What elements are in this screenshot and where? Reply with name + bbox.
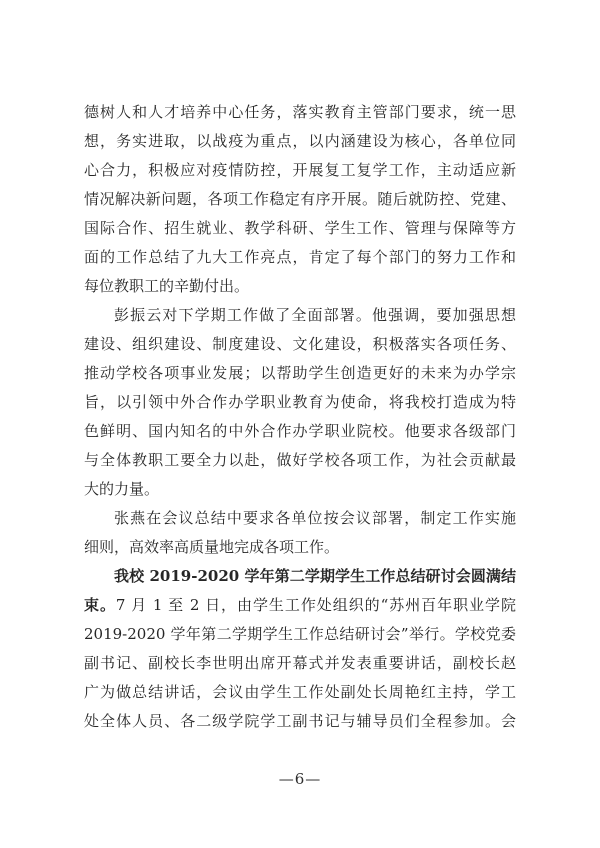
text-segment: 与全体教职工要全力以赴，做好学校各项工作，为社会贡献最 <box>84 451 516 469</box>
text-line: 束。7 月 1 至 2 日，由学生工作处组织的“苏州百年职业学院 <box>84 591 516 620</box>
text-segment: 国际合作、招生就业、教学科研、学生工作、管理与保障等方 <box>84 219 516 237</box>
text-line: 张燕在会议总结中要求各单位按会议部署，制定工作实施 <box>84 504 516 533</box>
text-line: 推动学校各项事业发展；以帮助学生创造更好的未来为办学宗 <box>84 359 516 388</box>
text-segment: 德树人和人才培养中心任务，落实教育主管部门要求，统一思 <box>84 103 516 121</box>
text-line: 旨，以引领中外合作办学职业教育为使命，将我校打造成为特 <box>84 388 516 417</box>
text-line: 面的工作总结了九大工作亮点，肯定了每个部门的努力工作和 <box>84 243 516 272</box>
text-segment: 推动学校各项事业发展；以帮助学生创造更好的未来为办学宗 <box>84 364 516 382</box>
document-page: 德树人和人才培养中心任务，落实教育主管部门要求，统一思想，务实进取，以战疫为重点… <box>0 0 600 848</box>
text-segment: 细则，高效率高质量地完成各项工作。 <box>84 538 339 556</box>
text-line: 与全体教职工要全力以赴，做好学校各项工作，为社会贡献最 <box>84 446 516 475</box>
text-line: 我校 2019-2020 学年第二学期学生工作总结研讨会圆满结 <box>84 562 516 591</box>
text-line: 2019-2020 学年第二学期学生工作总结研讨会”举行。学校党委 <box>84 620 516 649</box>
document-body: 德树人和人才培养中心任务，落实教育主管部门要求，统一思想，务实进取，以战疫为重点… <box>84 98 516 736</box>
text-segment: 张燕在会议总结中要求各单位按会议部署，制定工作实施 <box>114 509 516 527</box>
text-segment: 彭振云对下学期工作做了全面部署。他强调，要加强思想 <box>114 306 516 324</box>
text-segment: 大的力量。 <box>84 480 159 498</box>
page-number: —6— <box>279 770 322 788</box>
text-segment: 广为做总结讲话，会议由学生工作处副处长周艳红主持，学工 <box>84 683 516 701</box>
text-segment: 每位教职工的辛勤付出。 <box>84 277 249 295</box>
text-segment: 情况解决新问题，各项工作稳定有序开展。随后就防控、党建、 <box>84 190 516 208</box>
text-segment: 副书记、副校长李世明出席开幕式并发表重要讲话，副校长赵 <box>84 654 516 672</box>
text-segment: 面的工作总结了九大工作亮点，肯定了每个部门的努力工作和 <box>84 248 516 266</box>
text-segment: 2019-2020 学年第二学期学生工作总结研讨会”举行。学校党委 <box>84 625 516 643</box>
text-line: 色鲜明、国内知名的中外合作办学职业院校。他要求各级部门 <box>84 417 516 446</box>
text-line: 彭振云对下学期工作做了全面部署。他强调，要加强思想 <box>84 301 516 330</box>
bold-text-segment: 我校 2019-2020 学年第二学期学生工作总结研讨会圆满结 <box>114 567 516 585</box>
text-segment: 旨，以引领中外合作办学职业教育为使命，将我校打造成为特 <box>84 393 516 411</box>
text-line: 德树人和人才培养中心任务，落实教育主管部门要求，统一思 <box>84 98 516 127</box>
text-segment: 建设、组织建设、制度建设、文化建设，积极落实各项任务、 <box>84 335 516 353</box>
text-line: 情况解决新问题，各项工作稳定有序开展。随后就防控、党建、 <box>84 185 516 214</box>
text-line: 建设、组织建设、制度建设、文化建设，积极落实各项任务、 <box>84 330 516 359</box>
text-line: 心合力，积极应对疫情防控，开展复工复学工作，主动适应新 <box>84 156 516 185</box>
text-line: 大的力量。 <box>84 475 516 504</box>
text-segment: 心合力，积极应对疫情防控，开展复工复学工作，主动适应新 <box>84 161 516 179</box>
text-line: 国际合作、招生就业、教学科研、学生工作、管理与保障等方 <box>84 214 516 243</box>
text-line: 每位教职工的辛勤付出。 <box>84 272 516 301</box>
text-segment: 色鲜明、国内知名的中外合作办学职业院校。他要求各级部门 <box>84 422 516 440</box>
text-line: 细则，高效率高质量地完成各项工作。 <box>84 533 516 562</box>
text-segment: 处全体人员、各二级学院学工副书记与辅导员们全程参加。会 <box>84 712 516 730</box>
bold-text-segment: 束。 <box>84 596 116 614</box>
page-footer: —6— <box>0 770 600 788</box>
text-segment: 7 月 1 至 2 日，由学生工作处组织的“苏州百年职业学院 <box>116 596 516 614</box>
text-segment: 想，务实进取，以战疫为重点，以内涵建设为核心，各单位同 <box>84 132 516 150</box>
text-line: 广为做总结讲话，会议由学生工作处副处长周艳红主持，学工 <box>84 678 516 707</box>
text-line: 处全体人员、各二级学院学工副书记与辅导员们全程参加。会 <box>84 707 516 736</box>
text-line: 副书记、副校长李世明出席开幕式并发表重要讲话，副校长赵 <box>84 649 516 678</box>
text-line: 想，务实进取，以战疫为重点，以内涵建设为核心，各单位同 <box>84 127 516 156</box>
